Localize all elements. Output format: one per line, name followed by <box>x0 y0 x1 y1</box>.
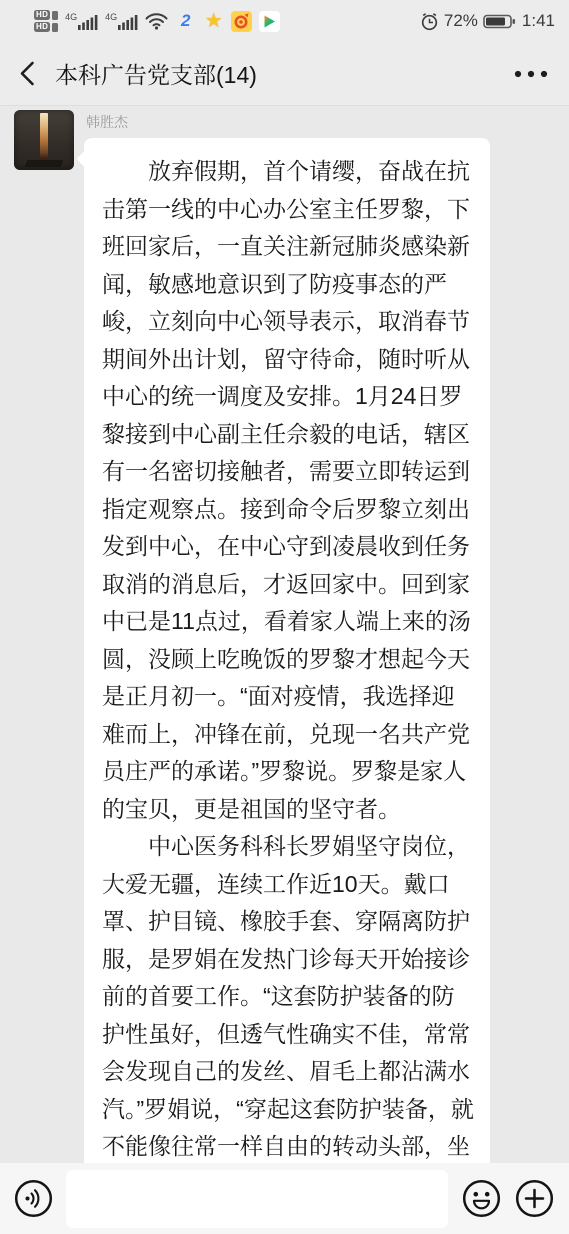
sim2-icon <box>52 23 58 32</box>
more-menu-button[interactable] <box>513 69 549 79</box>
status-bar: HD HD 4G 4G <box>0 0 569 42</box>
voice-button[interactable] <box>13 1178 54 1219</box>
wechat-chat-screen: HD HD 4G 4G <box>0 0 569 1234</box>
weibo-app-icon <box>231 11 252 32</box>
message-paragraph: 放弃假期，首个请缨，奋战在抗击第一线的中心办公室主任罗黎，下班回家后，一直关注新… <box>102 153 474 828</box>
signal-bars-icon <box>78 14 98 30</box>
message-column: 韩胜杰 放弃假期，首个请缨，奋战在抗击第一线的中心办公室主任罗黎，下班回家后，一… <box>84 110 490 1163</box>
hd-row: HD <box>34 22 58 32</box>
message-paragraph: 中心医务科科长罗娟坚守岗位，大爱无疆，连续工作近10天。戴口罩、护目镜、橡胶手套… <box>102 828 474 1163</box>
weishi-app-icon: 2 <box>175 11 196 32</box>
alarm-icon <box>420 12 439 31</box>
bubble-tail <box>77 151 94 168</box>
weibo-eye-icon <box>231 11 252 32</box>
signal-bars-icon <box>118 14 138 30</box>
message-input[interactable] <box>66 1170 448 1228</box>
chat-title: 本科广告党支部(14) <box>55 57 513 90</box>
avatar-photo-highlight <box>40 113 48 159</box>
status-right-icons: 72% 1:41 <box>420 11 555 31</box>
back-chevron-icon <box>16 60 38 87</box>
play-icon <box>262 14 277 29</box>
back-button[interactable] <box>16 60 38 87</box>
nav-bar: 本科广告党支部(14) <box>0 42 569 106</box>
avatar-photo-shadow <box>25 160 63 167</box>
smiley-icon <box>461 1178 502 1219</box>
plus-icon <box>514 1178 555 1219</box>
hd-volte-icon: HD <box>34 22 50 32</box>
battery-icon <box>483 13 516 30</box>
avatar[interactable] <box>14 110 74 170</box>
sender-name: 韩胜杰 <box>86 113 490 131</box>
tencent-video-app-icon <box>259 11 280 32</box>
voice-icon <box>13 1178 54 1219</box>
status-time: 1:41 <box>522 11 555 31</box>
signal-strength-icon: 4G <box>105 12 138 30</box>
status-left-icons: HD HD 4G 4G <box>34 10 280 32</box>
more-dots-icon <box>513 69 549 79</box>
hd-volte-icon: HD <box>34 10 50 20</box>
emoji-button[interactable] <box>461 1178 502 1219</box>
battery-percent: 72% <box>444 11 478 31</box>
message-bubble[interactable]: 放弃假期，首个请缨，奋战在抗击第一线的中心办公室主任罗黎，下班回家后，一直关注新… <box>84 138 490 1163</box>
star-app-icon: ★ <box>203 11 224 32</box>
chat-area[interactable]: 韩胜杰 放弃假期，首个请缨，奋战在抗击第一线的中心办公室主任罗黎，下班回家后，一… <box>0 106 569 1163</box>
input-bar <box>0 1163 569 1234</box>
network-type-label: 4G <box>105 12 117 22</box>
message-row: 韩胜杰 放弃假期，首个请缨，奋战在抗击第一线的中心办公室主任罗黎，下班回家后，一… <box>0 110 569 1163</box>
wifi-icon <box>145 12 168 30</box>
more-actions-button[interactable] <box>514 1178 555 1219</box>
network-type-label: 4G <box>65 12 77 22</box>
hd-row: HD <box>34 10 58 20</box>
sim1-icon <box>52 11 58 20</box>
signal-strength-icon: 4G <box>65 12 98 30</box>
hd-indicators: HD HD <box>34 10 58 32</box>
